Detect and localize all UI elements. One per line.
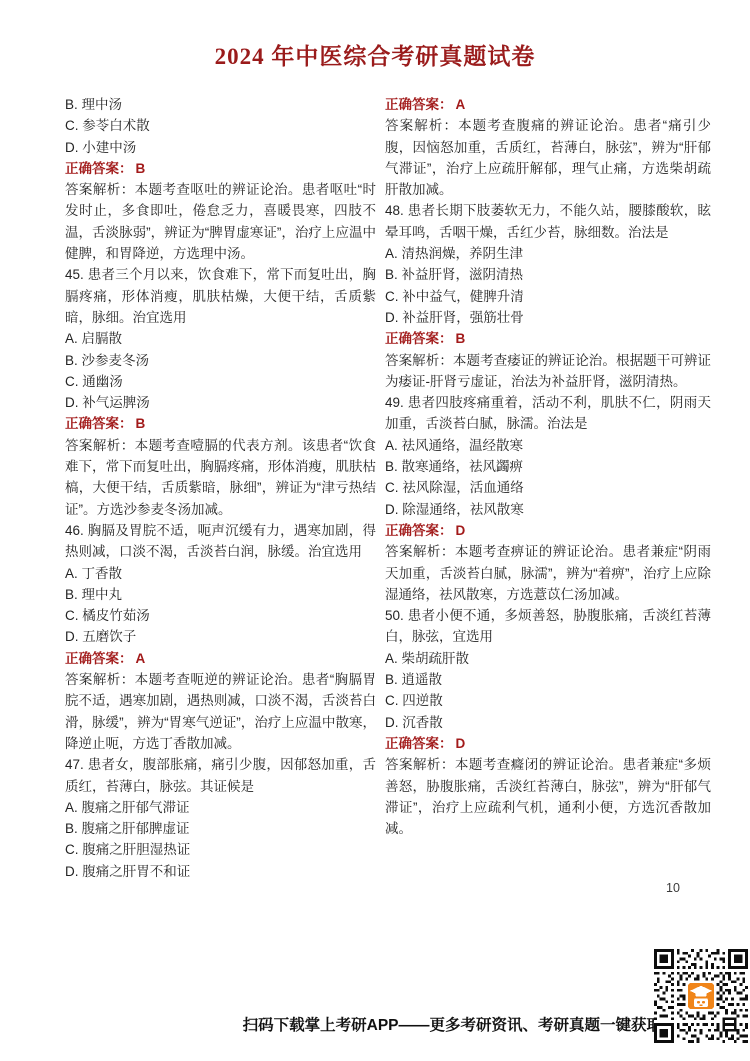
correct-answer-label: 正确答案： — [385, 523, 453, 538]
option-q44-d: D. 小建中汤 — [65, 137, 376, 158]
page-number: 10 — [666, 881, 680, 895]
explanation-q50: 答案解析：本题考查癃闭的辨证论治。患者兼症“多烦善怒，胁腹胀痛，舌淡红苔薄白，脉… — [385, 754, 711, 839]
answer-letter: D — [456, 523, 466, 538]
option-q50-d: D. 沉香散 — [385, 712, 711, 733]
footer-text: 扫码下载掌上考研APP——更多考研资讯、考研真题一键获取 — [0, 1013, 662, 1035]
correct-answer-label: 正确答案： — [65, 161, 133, 176]
correct-answer-q47: 正确答案：A — [385, 94, 711, 115]
option-q47-d: D. 腹痛之肝胃不和证 — [65, 861, 376, 882]
option-q47-b: B. 腹痛之肝郁脾虚证 — [65, 818, 376, 839]
explanation-q46: 答案解析：本题考查呃逆的辨证论治。患者“胸膈胃脘不适，遇寒加剧，遇热则减，口淡不… — [65, 669, 376, 754]
option-q45-d: D. 补气运脾汤 — [65, 392, 376, 413]
answer-letter: B — [136, 416, 146, 431]
correct-answer-label: 正确答案： — [385, 331, 453, 346]
right-column: 正确答案：A 答案解析：本题考查腹痛的辨证论治。患者“痛引少腹，因恼怒加重，舌质… — [385, 94, 711, 839]
question-47: 47. 患者女，腹部胀痛，痛引少腹，因郁怒加重，舌质红，苔薄白，脉弦。其证候是 — [65, 754, 376, 797]
page-title: 2024 年中医综合考研真题试卷 — [0, 38, 750, 71]
option-q45-a: A. 启膈散 — [65, 328, 376, 349]
explanation-q48: 答案解析：本题考查痿证的辨证论治。根据题干可辨证为痿证-肝肾亏虚证，治法为补益肝… — [385, 350, 711, 393]
correct-answer-q49: 正确答案：D — [385, 520, 711, 541]
option-q46-a: A. 丁香散 — [65, 563, 376, 584]
correct-answer-q45: 正确答案：B — [65, 413, 376, 434]
option-q45-b: B. 沙参麦冬汤 — [65, 350, 376, 371]
option-q46-b: B. 理中丸 — [65, 584, 376, 605]
correct-answer-label: 正确答案： — [385, 736, 453, 751]
option-q49-c: C. 祛风除湿，活血通络 — [385, 477, 711, 498]
correct-answer-q50: 正确答案：D — [385, 733, 711, 754]
explanation-q45: 答案解析：本题考查噎膈的代表方剂。该患者“饮食难下，常下而复吐出，胸膈疼痛，形体… — [65, 435, 376, 520]
answer-letter: A — [136, 651, 146, 666]
option-q46-d: D. 五磨饮子 — [65, 626, 376, 647]
correct-answer-q46: 正确答案：A — [65, 648, 376, 669]
correct-answer-q48: 正确答案：B — [385, 328, 711, 349]
option-q48-c: C. 补中益气，健脾升清 — [385, 286, 711, 307]
qr-code — [654, 949, 748, 1043]
option-q50-a: A. 柴胡疏肝散 — [385, 648, 711, 669]
option-q50-b: B. 逍遥散 — [385, 669, 711, 690]
answer-letter: D — [456, 736, 466, 751]
question-45: 45. 患者三个月以来，饮食难下，常下而复吐出，胸膈疼痛，形体消瘦，肌肤枯燥，大… — [65, 264, 376, 328]
correct-answer-label: 正确答案： — [65, 651, 133, 666]
explanation-q49: 答案解析：本题考查痹证的辨证论治。患者兼症“阴雨天加重，舌淡苔白腻，脉濡”，辨为… — [385, 541, 711, 605]
answer-letter: A — [456, 97, 466, 112]
option-q44-b: B. 理中汤 — [65, 94, 376, 115]
answer-letter: B — [136, 161, 146, 176]
option-q48-a: A. 清热润燥，养阴生津 — [385, 243, 711, 264]
left-column: B. 理中汤 C. 参苓白术散 D. 小建中汤 正确答案：B 答案解析：本题考查… — [65, 94, 376, 882]
option-q50-c: C. 四逆散 — [385, 690, 711, 711]
option-q44-c: C. 参苓白术散 — [65, 115, 376, 136]
option-q47-a: A. 腹痛之肝郁气滞证 — [65, 797, 376, 818]
correct-answer-label: 正确答案： — [65, 416, 133, 431]
option-q49-b: B. 散寒通络，祛风蠲痹 — [385, 456, 711, 477]
option-q46-c: C. 橘皮竹茹汤 — [65, 605, 376, 626]
exam-paper-page: 2024 年中医综合考研真题试卷 B. 理中汤 C. 参苓白术散 D. 小建中汤… — [0, 0, 750, 1061]
correct-answer-label: 正确答案： — [385, 97, 453, 112]
explanation-q44: 答案解析：本题考查呕吐的辨证论治。患者呕吐“时发时止，多食即吐，倦怠乏力，喜暖畏… — [65, 179, 376, 264]
option-q48-b: B. 补益肝肾，滋阴清热 — [385, 264, 711, 285]
question-48: 48. 患者长期下肢萎软无力，不能久站，腰膝酸软，眩晕耳鸣，舌咽干燥，舌红少苔，… — [385, 200, 711, 243]
answer-letter: B — [456, 331, 466, 346]
option-q47-c: C. 腹痛之肝胆湿热证 — [65, 839, 376, 860]
option-q45-c: C. 通幽汤 — [65, 371, 376, 392]
question-50: 50. 患者小便不通，多烦善怒，胁腹胀痛，舌淡红苔薄白，脉弦，宜选用 — [385, 605, 711, 648]
question-49: 49. 患者四肢疼痛重着，活动不利，肌肤不仁，阴雨天加重，舌淡苔白腻，脉濡。治法… — [385, 392, 711, 435]
question-46: 46. 胸膈及胃脘不适，呃声沉缓有力，遇寒加剧，得热则减，口淡不渴，舌淡苔白润，… — [65, 520, 376, 563]
correct-answer-q44: 正确答案：B — [65, 158, 376, 179]
option-q49-a: A. 祛风通络，温经散寒 — [385, 435, 711, 456]
option-q48-d: D. 补益肝肾，强筋壮骨 — [385, 307, 711, 328]
qr-center-logo — [687, 982, 715, 1010]
explanation-q47: 答案解析：本题考查腹痛的辨证论治。患者“痛引少腹，因恼怒加重，舌质红，苔薄白，脉… — [385, 115, 711, 200]
option-q49-d: D. 除湿通络，祛风散寒 — [385, 499, 711, 520]
